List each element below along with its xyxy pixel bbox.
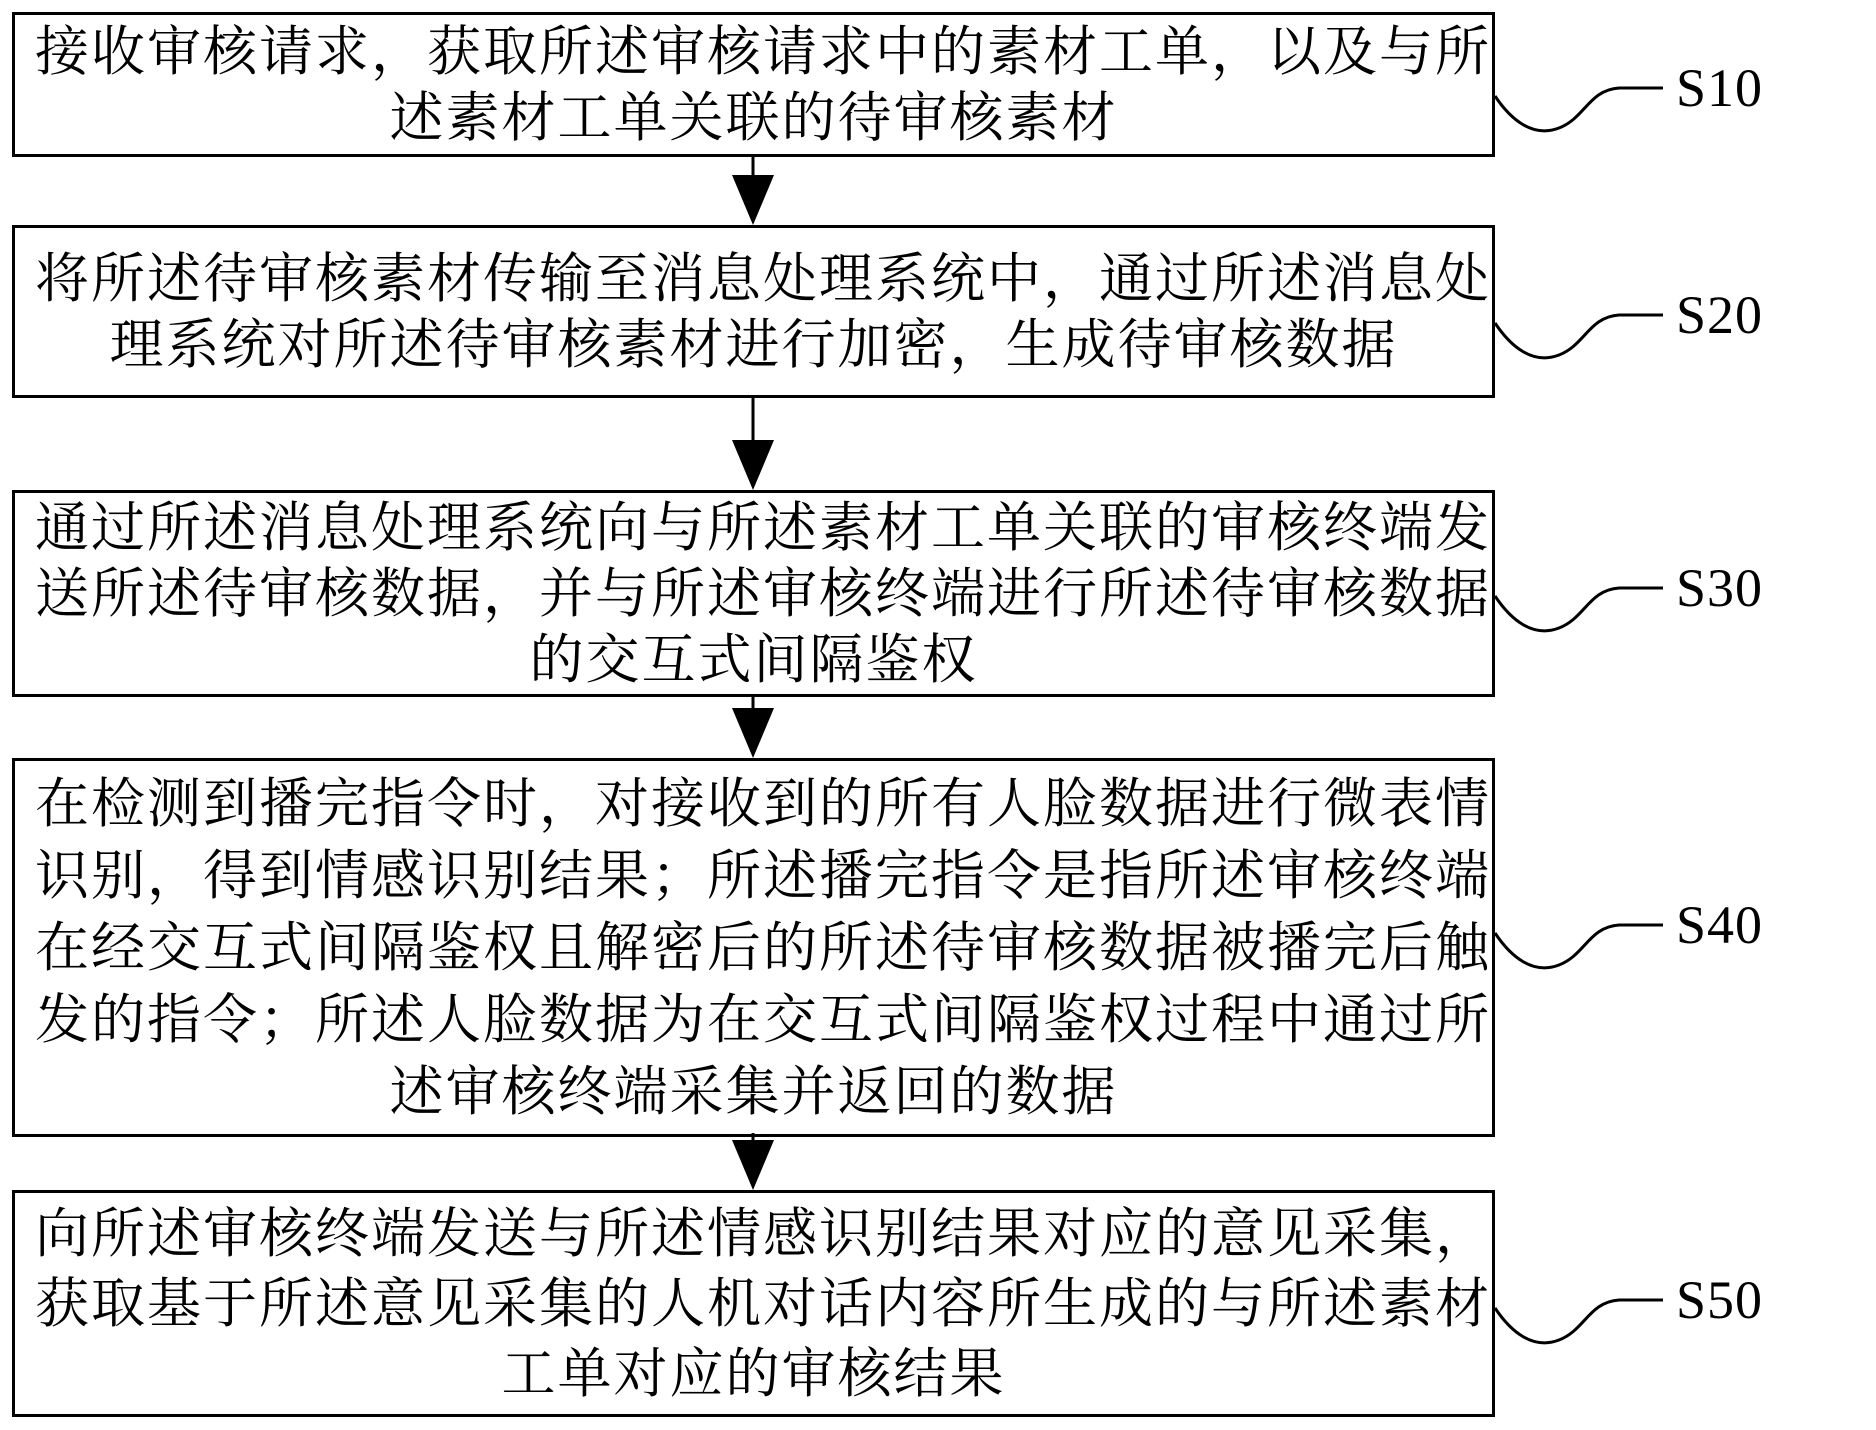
step-text-line: 将所述待审核素材传输至消息处理系统中，通过所述消息处	[15, 246, 1492, 312]
step-label-s20: S20	[1676, 283, 1763, 347]
step-text-line: 在检测到播完指令时，对接收到的所有人脸数据进行微表情	[15, 768, 1492, 840]
step-box-s20: 将所述待审核素材传输至消息处理系统中，通过所述消息处 理系统对所述待审核素材进行…	[12, 225, 1495, 398]
step-text-line: 工单对应的审核结果	[15, 1339, 1492, 1409]
down-arrow	[731, 157, 775, 225]
step-text-line: 发的指令；所述人脸数据为在交互式间隔鉴权过程中通过所	[15, 984, 1492, 1056]
reference-squiggle-line	[1493, 76, 1665, 148]
step-box-s10: 接收审核请求，获取所述审核请求中的素材工单，以及与所 述素材工单关联的待审核素材	[12, 12, 1495, 157]
step-label-s30: S30	[1676, 556, 1763, 620]
step-text-line: 的交互式间隔鉴权	[15, 627, 1492, 693]
step-text-line: 识别，得到情感识别结果；所述播完指令是指所述审核终端	[15, 840, 1492, 912]
arrow-head-icon	[732, 1140, 774, 1190]
step-label-s40: S40	[1676, 893, 1763, 957]
step-text-line: 通过所述消息处理系统向与所述素材工单关联的审核终端发	[15, 495, 1492, 561]
step-box-s50: 向所述审核终端发送与所述情感识别结果对应的意见采集， 获取基于所述意见采集的人机…	[12, 1190, 1495, 1417]
step-text-line: 理系统对所述待审核素材进行加密，生成待审核数据	[15, 312, 1492, 378]
step-text-line: 述素材工单关联的待审核素材	[15, 85, 1492, 151]
reference-squiggle-line	[1493, 576, 1665, 648]
arrow-stem	[752, 398, 755, 444]
step-box-s30: 通过所述消息处理系统向与所述素材工单关联的审核终端发 送所述待审核数据，并与所述…	[12, 490, 1495, 697]
step-text-line: 送所述待审核数据，并与所述审核终端进行所述待审核数据	[15, 561, 1492, 627]
reference-squiggle-line	[1493, 303, 1665, 375]
reference-squiggle-line	[1493, 913, 1665, 985]
step-text-line: 接收审核请求，获取所述审核请求中的素材工单，以及与所	[15, 19, 1492, 85]
step-text-line: 述审核终端采集并返回的数据	[15, 1056, 1492, 1128]
step-text-line: 向所述审核终端发送与所述情感识别结果对应的意见采集，	[15, 1199, 1492, 1269]
down-arrow	[731, 697, 775, 758]
arrow-head-icon	[732, 175, 774, 225]
step-label-s50: S50	[1676, 1268, 1763, 1332]
step-text-line: 获取基于所述意见采集的人机对话内容所生成的与所述素材	[15, 1269, 1492, 1339]
step-text-line: 在经交互式间隔鉴权且解密后的所述待审核数据被播完后触	[15, 912, 1492, 984]
reference-squiggle-line	[1493, 1288, 1665, 1360]
step-label-s10: S10	[1676, 56, 1763, 120]
arrow-head-icon	[732, 440, 774, 490]
step-box-s40: 在检测到播完指令时，对接收到的所有人脸数据进行微表情 识别，得到情感识别结果；所…	[12, 758, 1495, 1137]
down-arrow	[731, 1133, 775, 1190]
down-arrow	[731, 398, 775, 490]
arrow-head-icon	[732, 708, 774, 758]
flowchart-canvas: 接收审核请求，获取所述审核请求中的素材工单，以及与所 述素材工单关联的待审核素材…	[0, 0, 1876, 1430]
